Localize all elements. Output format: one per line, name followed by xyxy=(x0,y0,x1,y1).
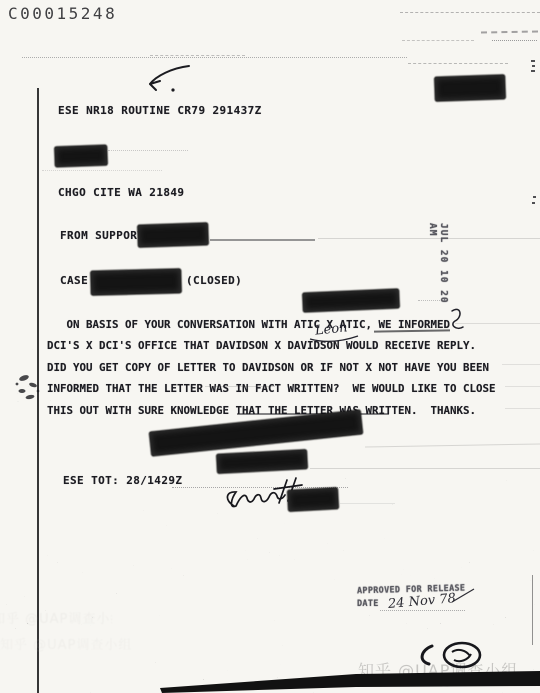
artifact-line xyxy=(210,239,315,241)
body-line: ON BASIS OF YOUR CONVERSATION WITH ATIC … xyxy=(47,314,496,335)
body-line: INFORMED THAT THE LETTER WAS IN FACT WRI… xyxy=(47,378,496,399)
artifact-line xyxy=(108,150,188,151)
artifact-line xyxy=(455,323,540,324)
artifact-line xyxy=(365,443,540,447)
artifact-line xyxy=(340,503,395,504)
ghost-watermark: 知乎 @UAP调查小组 xyxy=(0,634,150,653)
artifact-line xyxy=(402,40,474,41)
scan-edge-line xyxy=(37,88,39,693)
artifact-line xyxy=(408,63,508,64)
from-line-label: FROM SUPPORT xyxy=(60,229,144,242)
redaction-bar xyxy=(287,488,338,512)
underline-was-in-fact xyxy=(205,386,275,387)
artifact-line xyxy=(481,31,538,34)
ghost-watermark: 知乎 @UAP调查小组 xyxy=(0,608,112,627)
body-line: DID YOU GET COPY OF LETTER TO DAVIDSON O… xyxy=(47,357,496,378)
redaction-bar xyxy=(138,223,209,247)
approval-date-label: DATE xyxy=(357,599,379,609)
artifact-line xyxy=(505,386,540,387)
artifact-line xyxy=(310,468,540,469)
body-line: DCI'S X DCI'S OFFICE THAT DAVIDSON X DAV… xyxy=(47,335,496,356)
cable-cite-line: CHGO CITE WA 21849 xyxy=(58,186,184,199)
artifact-line xyxy=(22,57,407,58)
artifact-line xyxy=(502,364,540,365)
case-status: (CLOSED) xyxy=(186,274,242,287)
artifact-line xyxy=(42,170,162,171)
redaction-bar xyxy=(91,269,182,295)
scanned-document-page: C00015248 ESE NR18 ROUTINE CR79 291437Z … xyxy=(0,0,540,693)
redaction-bar xyxy=(55,145,108,167)
body-line: THIS OUT WITH SURE KNOWLEDGE THAT THE LE… xyxy=(47,400,496,421)
redaction-bar xyxy=(303,289,400,312)
document-number: C00015248 xyxy=(8,4,117,23)
site-watermark: 知乎 @UAP调查小组 xyxy=(358,658,518,681)
scan-edge-line-right xyxy=(532,575,533,645)
redaction-bar xyxy=(435,75,506,101)
redaction-bar xyxy=(217,450,308,474)
cable-header-line: ESE NR18 ROUTINE CR79 291437Z xyxy=(58,104,262,117)
artifact-line xyxy=(505,408,540,409)
case-line-label: CASE xyxy=(60,274,88,287)
artifact-line xyxy=(150,55,245,56)
artifact-line xyxy=(400,12,540,13)
artifact-line xyxy=(492,40,537,41)
tot-line: ESE TOT: 28/1429Z xyxy=(63,474,182,487)
received-time-stamp: JUL 20 10 20 AM xyxy=(427,223,449,313)
